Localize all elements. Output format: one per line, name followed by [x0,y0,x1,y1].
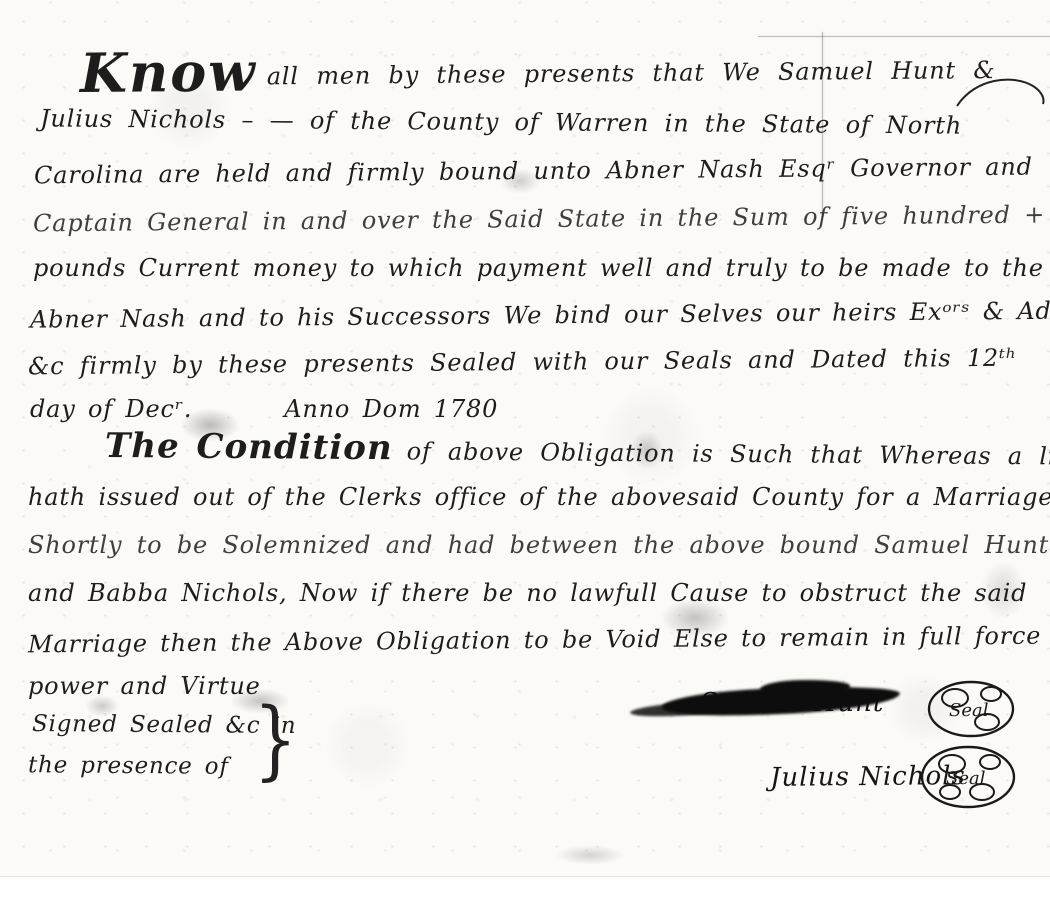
scan-bottom-margin [0,876,1050,909]
manuscript-line-07: &c firmly by these presents Sealed with … [28,344,1017,381]
condition-heading: The Condition [105,426,393,468]
manuscript-line-04: Captain General in and over the Said Sta… [33,201,1045,238]
manuscript-line-06: Abner Nash and to his Successors We bind… [30,296,1050,333]
manuscript-line-01: Knowall men by these presents that We Sa… [80,38,996,100]
pen-flourish [955,72,1047,114]
line-08-date: day of Decʳ. [30,395,192,423]
manuscript-line-02: Julius Nichols – — of the County of Warr… [40,104,962,139]
manuscript-line-13: Marriage then the Above Obligation to be… [28,622,1041,659]
manuscript-line-10: hath issued out of the Clerks office of … [28,483,1050,511]
line-01-text: all men by these presents that We Samuel… [267,56,996,90]
attestation-line-2: the presence of [28,752,229,780]
seal-label-1: Seal [949,700,989,721]
seal-scribble-1: Seal [925,678,1017,740]
manuscript-line-08: day of Decʳ.Anno Dom 1780 [30,395,498,423]
ink-stain [555,845,625,865]
manuscript-line-05: pounds Current money to which payment we… [33,254,1050,282]
line-08-anno-dom: Anno Dom 1780 [284,395,498,423]
manuscript-line-14: power and Virtue [28,672,261,700]
manuscript-line-11: Shortly to be Solemnized and had between… [28,531,1049,559]
opening-word: Know [80,39,257,105]
seal-label-2: Seal [946,768,986,789]
manuscript-line-03: Carolina are held and firmly bound unto … [34,153,1033,190]
manuscript-line-09: The Conditionof above Obligation is Such… [105,426,1050,474]
document-scan: Knowall men by these presents that We Sa… [0,0,1050,909]
attestation-brace: } [253,690,297,790]
seal-scribble-2: Seal [918,742,1018,812]
fold-crease-horizontal [758,36,1050,37]
line-09-text: of above Obligation is Such that Whereas… [407,437,1050,471]
manuscript-line-12: and Babba Nichols, Now if there be no la… [28,579,1027,607]
